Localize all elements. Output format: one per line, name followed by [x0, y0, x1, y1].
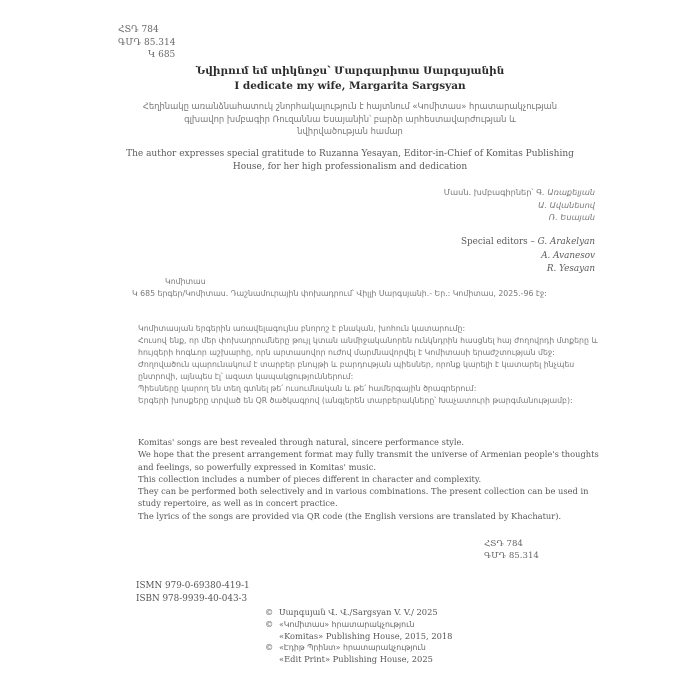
annotation-en: Komitas' songs are best revealed through…	[138, 436, 608, 522]
dedication-hy: Նվիրում եմ տիկնոջս՝ Մարգարիտա Սարգսյանին	[0, 64, 700, 79]
annotation-en-paragraph: The lyrics of the songs are provided via…	[138, 510, 608, 522]
udc-code: ՀՏԴ 784	[484, 538, 539, 550]
copyright-icon: ©	[265, 642, 279, 654]
gratitude-hy-line: նվիրվածության համար	[0, 125, 700, 138]
annotation-hy-paragraph: Հուսով ենք, որ մեր փոխադրումները թույլ կ…	[138, 335, 608, 359]
editor-name: Ա. Ավանեսով	[538, 200, 595, 210]
annotation-hy-paragraph: Կոմիտասյան երգերին առավելագույնս բնորոշ …	[138, 323, 608, 335]
copyright-line: Սարգսյան Վ. Վ./Sargsyan V. V./ 2025	[279, 607, 438, 617]
editor-name: R. Yesayan	[547, 264, 595, 274]
gratitude-en-line: House, for her high professionalism and …	[0, 161, 700, 174]
copyright-line: «Edit Print» Publishing House, 2025	[265, 654, 452, 666]
special-editors-en: Special editors – G. Arakelyan A. Avanes…	[400, 236, 595, 277]
copyright-entry: ©«Էդիթ Պրինտ» հրատարակչություն «Edit Pri…	[265, 642, 452, 666]
annotation-hy-paragraph: Պիեսները կարող են տեղ գտնել թե՛ ուսումնա…	[138, 383, 608, 395]
editor-name: A. Avanesov	[541, 251, 595, 261]
editors-label-hy: Մասն. խմբագիրներ՝	[444, 187, 536, 197]
annotation-hy-paragraph: Ժողովածուն պարունակում է տարբեր բնույթի …	[138, 359, 608, 383]
copyright-entry: ©«Կոմիտաս» հրատարակչություն «Komitas» Pu…	[265, 619, 452, 643]
copyright-icon: ©	[265, 607, 279, 619]
copyright-line: «Կոմիտաս» հրատարակչություն	[279, 620, 414, 629]
dedication: Նվիրում եմ տիկնոջս՝ Մարգարիտա Սարգսյանին…	[0, 64, 700, 94]
gratitude-en-line: The author expresses special gratitude t…	[0, 148, 700, 161]
bbk-code: ԳՄԴ 85.314	[118, 37, 176, 50]
annotation-hy: Կոմիտասյան երգերին առավելագույնս բնորոշ …	[138, 323, 608, 407]
isbn: ISBN 978-9939-40-043-3	[136, 593, 250, 606]
annotation-hy-paragraph: Երգերի խոսքերը տրված են QR ծածկագրով (ան…	[138, 395, 608, 407]
classification-codes-top: ՀՏԴ 784 ԳՄԴ 85.314 Կ 685	[118, 24, 176, 62]
bbk-code: ԳՄԴ 85.314	[484, 550, 539, 562]
gratitude-hy: Հեղինակը առանձնահատուկ շնորհակալություն …	[0, 100, 700, 138]
copyright-line: «Komitas» Publishing House, 2015, 2018	[265, 631, 452, 643]
copyright-line: «Էդիթ Պրինտ» հրատարակչություն	[279, 643, 426, 652]
annotation-en-paragraph: This collection includes a number of pie…	[138, 473, 608, 485]
editor-name: Ռ. Եսայան	[549, 212, 595, 222]
udc-code: ՀՏԴ 784	[118, 24, 176, 37]
copyright-block: ©Սարգսյան Վ. Վ./Sargsyan V. V./ 2025 ©«Կ…	[265, 607, 452, 666]
annotation-en-paragraph: Komitas' songs are best revealed through…	[138, 436, 608, 448]
catalog-record: Կոմիտաս Կ 685 երգեր/Կոմիտաս. Դաշնամուրայ…	[132, 276, 547, 300]
editor-name: Գ. Առաքելյան	[536, 187, 595, 197]
editor-name: G. Arakelyan	[538, 237, 595, 247]
annotation-en-paragraph: We hope that the present arrangement for…	[138, 448, 608, 473]
catalog-heading: Կոմիտաս	[132, 276, 547, 288]
gratitude-en: The author expresses special gratitude t…	[0, 148, 700, 174]
gratitude-hy-line: Հեղինակը առանձնահատուկ շնորհակալություն …	[0, 100, 700, 113]
special-editors-hy: Մասն. խմբագիրներ՝ Գ. Առաքելյան Ա. Ավանես…	[400, 186, 595, 224]
classification-codes-bottom: ՀՏԴ 784 ԳՄԴ 85.314	[484, 538, 539, 562]
gratitude-hy-line: գլխավոր խմբագիր Ռուզաննա Եսայանին՝ բարձր…	[0, 113, 700, 126]
ismn: ISMN 979-0-69380-419-1	[136, 580, 250, 593]
copyright-icon: ©	[265, 619, 279, 631]
identifiers: ISMN 979-0-69380-419-1 ISBN 978-9939-40-…	[136, 580, 250, 605]
annotation-en-paragraph: They can be performed both selectively a…	[138, 485, 608, 510]
author-mark: Կ 685	[118, 49, 176, 62]
editors-label-en: Special editors –	[461, 237, 538, 247]
copyright-entry: ©Սարգսյան Վ. Վ./Sargsyan V. V./ 2025	[265, 607, 452, 619]
catalog-entry: Կ 685 երգեր/Կոմիտաս. Դաշնամուրային փոխադ…	[132, 288, 547, 300]
dedication-en: I dedicate my wife, Margarita Sargsyan	[0, 79, 700, 94]
